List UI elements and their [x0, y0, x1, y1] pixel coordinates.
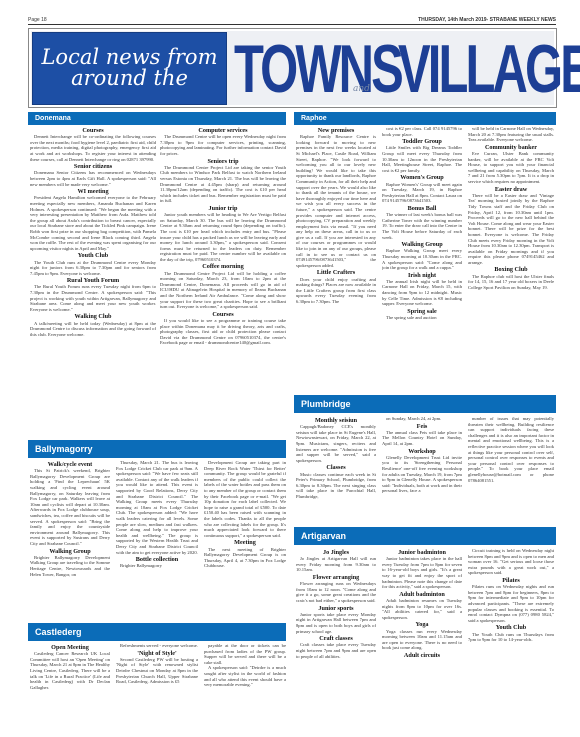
section-bar-raphoe: Raphoe: [294, 112, 556, 125]
page-number: Page 18: [28, 17, 47, 23]
artigarvan-column-2: Junior badmintonJunior badminton takes p…: [382, 548, 462, 698]
article-headline: Bottle collection: [116, 556, 198, 563]
article-body: will be held in Carnone Hall on Wednesda…: [468, 126, 554, 143]
artigarvan-column-3: Circuit training is held on Wednesday ni…: [468, 548, 554, 698]
article-body: Junior youth members will be heading to …: [160, 212, 286, 262]
section-bar-artigarvan: Artigarvan: [294, 527, 556, 545]
article-body: Music classes continue each week in St P…: [296, 472, 376, 500]
article-body: Flower arranging runs on Wednesdays from…: [296, 581, 376, 603]
page-header: Page 18 THURSDAY, 14th March 2019- STRAB…: [28, 15, 556, 25]
article-body: Craft classes take place every Tuesday n…: [296, 642, 376, 659]
article-headline: Bonus Ball: [382, 205, 462, 212]
masthead-tagline-box: Local news from around the: [32, 32, 227, 105]
plumbridge-column-2: on Sunday, March 24, at 2pm.FeisThe annu…: [382, 416, 462, 524]
article-headline: Rural Youth Forum: [30, 277, 156, 284]
article-headline: Courses: [160, 311, 286, 318]
article-body: The winner of last week's bonus ball was…: [382, 212, 462, 240]
raphoe-column-2: cost is €2 per class. Call 074 9145796 t…: [382, 126, 462, 392]
article-body: payable at the door or tickets can be pu…: [204, 643, 286, 665]
article-headline: Junior trip: [160, 205, 286, 212]
article-headline: Adult badminton: [382, 591, 462, 598]
section-bar-ballymagorry: Ballymagorry: [28, 440, 286, 458]
castlederg-column-2: Refreshments served - everyone welcome.'…: [116, 643, 198, 733]
article-body: on Sunday, March 24, at 2pm.: [382, 416, 462, 422]
article-body: Eve Curran, Ulster Bank community banker…: [468, 151, 554, 185]
article-body: President Angela Hamilton welcomed every…: [30, 195, 156, 251]
article-headline: Computer services: [160, 127, 286, 134]
article-body: number of issues that may potentially th…: [468, 416, 554, 483]
article-body: Circuit training is held on Wednesday ni…: [468, 548, 554, 576]
masthead-villages: VILLAGES: [398, 29, 580, 109]
article-body: Jo Jingles at Artigarvan Hall will run e…: [296, 556, 376, 573]
article-body: A talk/meeting will be held today (Wedne…: [30, 321, 156, 338]
article-headline: Classes: [296, 464, 376, 471]
plumbridge-column-1: Monthly seisiunCappagh/Badoney CCE's mon…: [296, 416, 376, 524]
article-headline: Seniors trip: [160, 158, 286, 165]
article-headline: Community banker: [468, 144, 554, 151]
section-bar-plumbridge: Plumbridge: [294, 395, 556, 413]
article-headline: Workshop: [382, 448, 462, 455]
article-headline: Little Crafters: [296, 269, 376, 276]
article-headline: Coffee morning: [160, 263, 286, 270]
article-headline: Boxing Club: [468, 266, 554, 273]
donemana-column-1: CoursesDennett Interchange will be co-or…: [30, 126, 156, 438]
article-headline: Youth Club: [30, 252, 156, 259]
article-body: Raphoe Family Resource Centre is looking…: [296, 134, 376, 268]
article-body: Junior sports take place every Monday ni…: [296, 612, 376, 634]
article-body: The Rural Youth Forum runs every Tuesday…: [30, 284, 156, 312]
article-body: This St Patrick's weekend, Brighter Ball…: [30, 468, 110, 546]
article-headline: Easter draw: [468, 186, 554, 193]
article-headline: Feis: [382, 423, 462, 430]
article-body: Brighter Ballymagorry Development Walkin…: [30, 555, 110, 577]
article-body: Second Castlederg PW will be hosting a '…: [116, 657, 198, 685]
article-body: Thursday, March 21. The bus is leaving F…: [116, 460, 198, 555]
article-headline: WI meeting: [30, 188, 156, 195]
masthead-line1: Local news from: [33, 47, 226, 68]
article-body: Brighter Ballymagorry: [116, 563, 198, 569]
article-headline: Walking Group: [382, 241, 462, 248]
article-body: The Drummond Centre will be open every W…: [160, 134, 286, 156]
article-body: If you would like to see a programme or …: [160, 318, 286, 346]
article-body: The Drummond Centre Project Ltd will be …: [160, 271, 286, 310]
article-body: Cappagh/Badoney CCE's monthly seisiun wi…: [296, 424, 376, 463]
ballymagorry-column-1: Walk/cycle eventThis St Patrick's weeken…: [30, 460, 110, 620]
article-headline: Adult circuits: [382, 652, 462, 659]
article-headline: 'Night of Style': [116, 650, 198, 657]
article-body: The Raphoe club will host the Ulster fin…: [468, 274, 554, 291]
donemana-column-2: Computer servicesThe Drummond Centre wil…: [160, 126, 286, 438]
article-headline: Senior citizens: [30, 163, 156, 170]
section-bar-donemana: Donemana: [28, 112, 286, 125]
section-bar-castlederg: Castlederg: [28, 623, 286, 641]
article-body: cost is €2 per class. Call 074 9145796 t…: [382, 126, 462, 137]
castlederg-column-3: payable at the door or tickets can be pu…: [204, 643, 286, 733]
article-body: Glenelly Development Trust Ltd invite yo…: [382, 455, 462, 494]
article-body: Dennett Interchange will be co-ordinatin…: [30, 134, 156, 162]
article-headline: New premises: [296, 127, 376, 134]
article-body: Development Group are taking part in Dee…: [204, 460, 286, 538]
article-headline: Pilates: [468, 577, 554, 584]
masthead: Local news from around the TOWNS and VIL…: [28, 28, 557, 108]
article-headline: Junior badminton: [382, 549, 462, 556]
article-body: A spokesperson said: "Deirdre is a much …: [204, 665, 286, 687]
article-body: The Youth Club runs on Thursdays from 7p…: [468, 632, 554, 643]
article-body: Adult badminton resumes on Tuesday night…: [382, 598, 462, 620]
article-headline: Flower arranging: [296, 574, 376, 581]
article-body: There will be a Easter draw and 'Vintage…: [468, 193, 554, 266]
article-body: Donemana Senior Citizens has recommenced…: [30, 170, 156, 187]
article-headline: Women's Group: [382, 174, 462, 181]
article-body: Does your child enjoy crafting and makin…: [296, 277, 376, 305]
article-headline: Spring sale: [382, 308, 462, 315]
article-headline: Walk/cycle event: [30, 461, 110, 468]
castlederg-column-1: Open MeetingCastlederg Cancer Research U…: [30, 643, 110, 733]
masthead-and: and: [353, 84, 370, 94]
article-headline: Youth Club: [468, 624, 554, 631]
article-headline: Toddler Group: [382, 138, 462, 145]
raphoe-column-1: New premisesRaphoe Family Resource Centr…: [296, 126, 376, 392]
article-headline: Yoga: [382, 621, 462, 628]
article-body: The Drummond Centre Project Ltd are taki…: [160, 165, 286, 204]
article-body: The next meeting of Brighter Ballymagorr…: [204, 547, 286, 569]
article-body: Castlederg Cancer Research UK Local Comm…: [30, 651, 110, 690]
article-headline: Courses: [30, 127, 156, 134]
artigarvan-column-1: Jo JinglesJo Jingles at Artigarvan Hall …: [296, 548, 376, 698]
raphoe-column-3: will be held in Carnone Hall on Wednesda…: [468, 126, 554, 392]
article-body: Raphoe Walking Group meet every Thursday…: [382, 248, 462, 270]
ballymagorry-column-2: Thursday, March 21. The bus is leaving F…: [116, 460, 198, 620]
article-headline: Walking Club: [30, 313, 156, 320]
article-headline: Junior sports: [296, 605, 376, 612]
article-headline: Meeting: [204, 539, 286, 546]
article-body: The annual class Feis will take place in…: [382, 430, 462, 447]
plumbridge-column-3: number of issues that may potentially th…: [468, 416, 554, 524]
article-headline: Walking Group: [30, 548, 110, 555]
article-body: Refreshments served - everyone welcome.: [116, 643, 198, 649]
article-headline: Jo Jingles: [296, 549, 376, 556]
ballymagorry-column-3: Development Group are taking part in Dee…: [204, 460, 286, 620]
masthead-towns: TOWNS: [234, 29, 401, 109]
article-body: The spring sale and auction: [382, 315, 462, 321]
article-headline: Craft classes: [296, 635, 376, 642]
dateline: THURSDAY, 14th March 2019- STRABANE WEEK…: [418, 17, 556, 23]
article-body: The Youth Club runs at the Drummond Cent…: [30, 260, 156, 277]
article-body: The annual Irish night will be held in C…: [382, 279, 462, 307]
masthead-line2: around the: [33, 68, 226, 89]
article-body: Raphoe Women's' Group will meet again on…: [382, 182, 462, 204]
article-body: Yoga classes run every Wednesday morning…: [382, 629, 462, 651]
article-headline: Irish night: [382, 272, 462, 279]
article-body: Little Smiles with Big Dreams Toddler Gr…: [382, 145, 462, 173]
article-headline: Monthly seisiun: [296, 417, 376, 424]
article-body: Junior badminton takes place in the hall…: [382, 556, 462, 590]
article-body: Pilates runs on Wednesday nights and run…: [468, 584, 554, 623]
article-headline: Open Meeting: [30, 644, 110, 651]
